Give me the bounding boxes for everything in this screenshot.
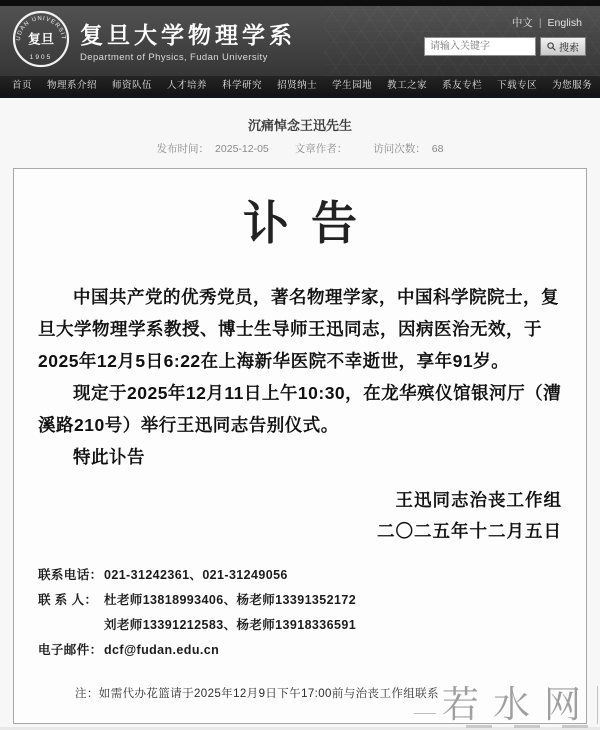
signature-date: 二〇二五年十二月五日 [38, 516, 562, 547]
obituary-heading: 讣告 [38, 187, 562, 253]
lang-en-link[interactable]: English [548, 17, 582, 29]
site-header: FUDAN UNIVERSITY 复旦 1905 复旦大学物理学系 Depart… [0, 6, 600, 76]
contact-label: 联系电话： [38, 563, 104, 588]
nav-item[interactable]: 科学研究 [219, 75, 265, 97]
search-input[interactable] [424, 37, 536, 56]
contact-label: 电子邮件： [38, 638, 104, 663]
nav-item[interactable]: 首页 [9, 75, 35, 97]
nav-item[interactable]: 下载专区 [494, 75, 540, 97]
signature-block: 王迅同志治丧工作组 二〇二五年十二月五日 [38, 485, 562, 547]
nav-item[interactable]: 为您服务 [549, 75, 595, 97]
obituary-notice-box: 讣告 中国共产党的优秀党员，著名物理学家，中国科学院院士，复旦大学物理学系教授、… [13, 168, 587, 724]
contact-row: 电子邮件：dcf@fudan.edu.cn [38, 638, 562, 663]
contact-label: 联 系 人： [38, 588, 104, 613]
fudan-university-seal-icon: FUDAN UNIVERSITY 复旦 1905 [12, 10, 70, 68]
nav-item[interactable]: 教工之家 [384, 75, 430, 97]
search-button[interactable]: 搜索 [540, 37, 586, 56]
obituary-body: 中国共产党的优秀党员，著名物理学家，中国科学院院士，复旦大学物理学系教授、博士生… [38, 281, 562, 473]
contact-value: dcf@fudan.edu.cn [104, 643, 219, 657]
obituary-paragraph: 现定于2025年12月11日上午10:30，在龙华殡仪馆银河厅（漕溪路210号）… [38, 377, 562, 441]
article-title: 沉痛悼念王迅先生 [0, 98, 600, 134]
main-nav: 首页 物理系介绍 师资队伍 人才培养 科学研究 招贤纳士 学生园地 教工之家 系… [0, 76, 600, 98]
contact-row: 刘老师13391212583、杨老师13918336591 [38, 613, 562, 638]
publish-time-label: 发布时间： [157, 143, 210, 155]
site-subtitle: Department of Physics, Fudan University [80, 52, 296, 63]
contact-value: 杜老师13818993406、杨老师13391352172 [104, 593, 356, 607]
nav-item[interactable]: 物理系介绍 [44, 75, 100, 97]
watermark-sub-decoration [466, 725, 588, 728]
contact-value: 021-31242361、021-31249056 [104, 568, 288, 582]
search-button-label: 搜索 [559, 39, 579, 54]
site-title: 复旦大学物理学系 [80, 22, 296, 48]
watermark-text: 若水网 [442, 686, 598, 724]
svg-text:1905: 1905 [30, 54, 52, 61]
nav-item[interactable]: 师资队伍 [109, 75, 155, 97]
lang-divider: | [539, 17, 542, 29]
watermark-rule [414, 713, 436, 714]
contact-row: 联系电话：021-31242361、021-31249056 [38, 563, 562, 588]
signature-org: 王迅同志治丧工作组 [38, 485, 562, 516]
search-bar: 搜索 [424, 37, 586, 56]
nav-item[interactable]: 招贤纳士 [274, 75, 320, 97]
nav-item[interactable]: 学生园地 [329, 75, 375, 97]
contact-row: 联 系 人：杜老师13818993406、杨老师13391352172 [38, 588, 562, 613]
views-value: 68 [432, 143, 444, 155]
obituary-paragraph: 特此讣告 [38, 441, 562, 473]
language-switch: 中文|English [512, 15, 582, 30]
watermark: 若水网 [414, 686, 598, 724]
brand: FUDAN UNIVERSITY 复旦 1905 复旦大学物理学系 Depart… [12, 10, 296, 68]
views-label: 访问次数： [373, 143, 426, 155]
nav-item[interactable]: 人才培养 [164, 75, 210, 97]
svg-text:复旦: 复旦 [28, 32, 54, 47]
content-area: 沉痛悼念王迅先生 发布时间：2025-12-05文章作者：访问次数：68 讣告 … [0, 98, 600, 727]
article-meta: 发布时间：2025-12-05文章作者：访问次数：68 [0, 141, 600, 156]
contact-block: 联系电话：021-31242361、021-31249056 联 系 人：杜老师… [38, 563, 562, 663]
obituary-paragraph: 中国共产党的优秀党员，著名物理学家，中国科学院院士，复旦大学物理学系教授、博士生… [38, 281, 562, 377]
contact-value: 刘老师13391212583、杨老师13918336591 [104, 618, 356, 632]
search-icon [547, 42, 556, 51]
brand-text: 复旦大学物理学系 Department of Physics, Fudan Un… [80, 16, 296, 63]
lang-zh-link[interactable]: 中文 [512, 17, 533, 29]
publish-time-value: 2025-12-05 [215, 143, 269, 155]
author-label: 文章作者： [295, 143, 348, 155]
nav-item[interactable]: 系友专栏 [439, 75, 485, 97]
